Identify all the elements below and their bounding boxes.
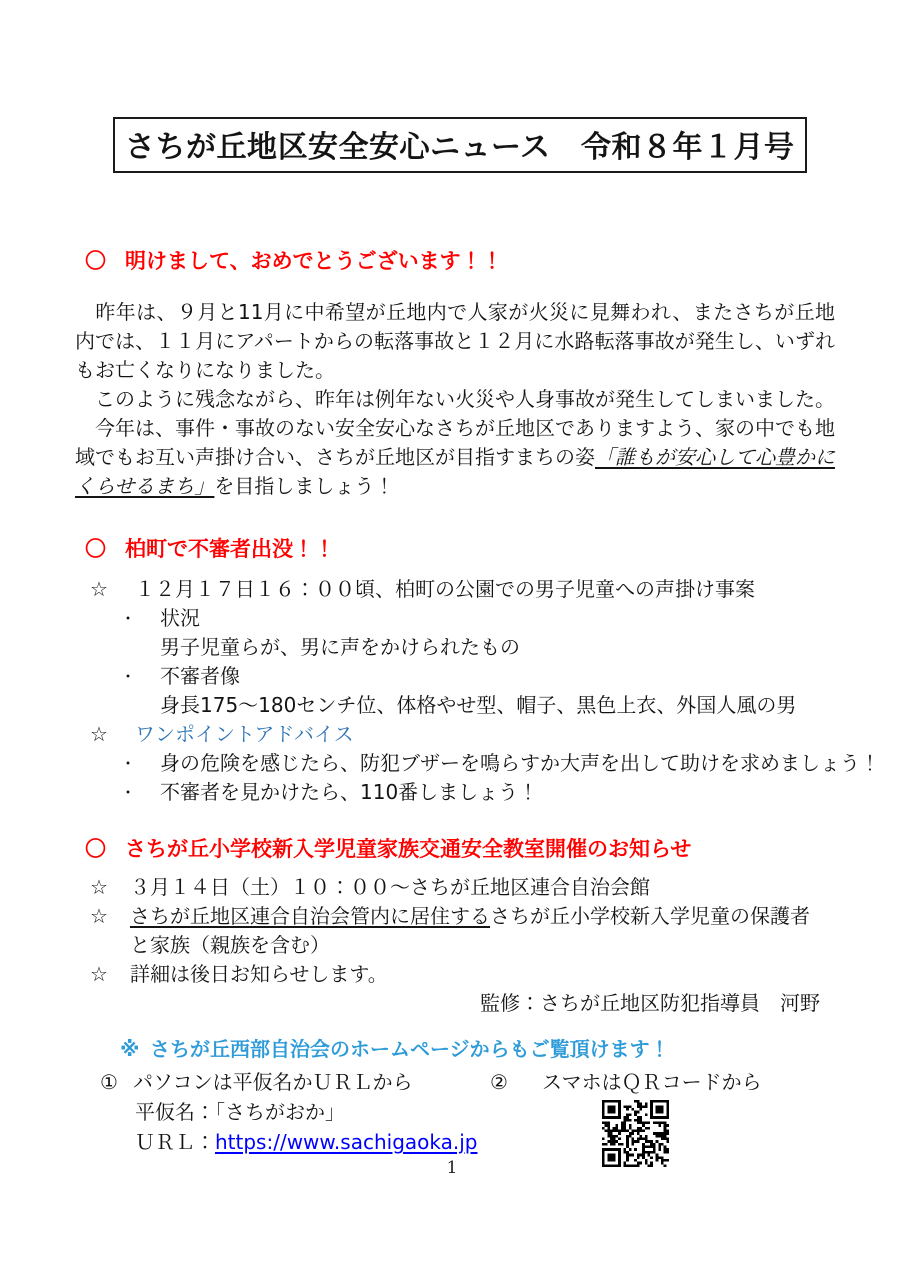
- greeting-paragraph-3: 今年は、事件・事故のない安全安心なさちが丘地区でありますよう、家の中でも地域でも…: [75, 414, 835, 501]
- schedule-text: ３月１４日（土）１０：００～さちが丘地区連合自治会館: [130, 873, 815, 902]
- advice-label: ワンポイントアドバイス: [135, 720, 354, 749]
- greeting-paragraph-3-after: を目指しましょう！: [214, 474, 394, 498]
- qr-code-icon: [602, 1100, 669, 1167]
- safety-class-heading: 〇 さちが丘小学校新入学児童家族交通安全教室開催のお知らせ: [0, 835, 904, 864]
- supervisor-credit: 監修：さちが丘地区防犯指導員 河野: [0, 989, 904, 1018]
- bullet-icon: ・: [120, 662, 160, 691]
- homepage-note: ※ さちが丘西部自治会のホームページからもご覧頂けます！: [0, 1035, 904, 1064]
- star-icon: ☆: [90, 902, 130, 960]
- incident-text: １２月１７日１６：００頃、柏町の公園での男子児童への声掛け事案: [135, 575, 755, 604]
- section-circle-marker: 〇: [85, 835, 125, 864]
- newsletter-title: さちが丘地区安全安心ニュース 令和８年１月号: [113, 117, 807, 173]
- homepage-url-link[interactable]: https://www.sachigaoka.jp: [215, 1127, 477, 1157]
- bullet-icon: ・: [120, 778, 160, 807]
- section-circle-marker: 〇: [85, 247, 125, 276]
- url-item: ＵＲＬ： https://www.sachigaoka.jp: [0, 1127, 904, 1157]
- reference-mark-icon: ※: [120, 1035, 150, 1064]
- star-icon: ☆: [90, 873, 130, 902]
- suspicious-list: ☆ １２月１７日１６：００頃、柏町の公園での男子児童への声掛け事案 ・ 状況 男…: [0, 575, 904, 807]
- profile-detail: 身長175～180センチ位、体格やせ型、帽子、黒色上衣、外国人風の男: [0, 691, 904, 720]
- advice-2: ・ 不審者を見かけたら、110番しましょう！: [0, 778, 904, 807]
- situation-detail: 男子児童らが、男に声をかけられたもの: [0, 633, 904, 662]
- circled-two-marker: ②: [490, 1067, 542, 1097]
- pc-access-text: パソコンは平仮名かＵＲＬから: [133, 1067, 413, 1097]
- advice-item: ☆ ワンポイントアドバイス: [0, 720, 904, 749]
- page-number: 1: [0, 1158, 904, 1178]
- suspicious-heading: 〇 柏町で不審者出没！！: [0, 535, 904, 564]
- schedule-item: ☆ ３月１４日（土）１０：００～さちが丘地区連合自治会館: [0, 873, 904, 902]
- phone-access-text: スマホはＱＲコードから: [542, 1067, 762, 1097]
- details-text: 詳細は後日お知らせします。: [130, 960, 815, 989]
- bullet-icon: ・: [120, 749, 160, 778]
- greeting-paragraph-2: このように残念ながら、昨年は例年ない火災や人身事故が発生してしまいました。: [75, 385, 835, 414]
- star-icon: ☆: [90, 960, 130, 989]
- phone-access-item: ② スマホはＱＲコードから: [490, 1067, 762, 1097]
- situation-label: 状況: [160, 604, 200, 633]
- safety-class-list: ☆ ３月１４日（土）１０：００～さちが丘地区連合自治会館 ☆ さちが丘地区連合自…: [0, 873, 904, 989]
- circled-one-marker: ①: [100, 1067, 133, 1097]
- hiragana-item: 平仮名：「さちがおか」: [0, 1097, 904, 1127]
- situation-item: ・ 状況: [0, 604, 904, 633]
- homepage-section: ※ さちが丘西部自治会のホームページからもご覧頂けます！ ① パソコンは平仮名か…: [0, 1035, 904, 1157]
- profile-label: 不審者像: [160, 662, 240, 691]
- greeting-heading-text: 明けまして、おめでとうございます！！: [125, 247, 503, 276]
- url-label: ＵＲＬ：: [135, 1127, 215, 1157]
- profile-item: ・ 不審者像: [0, 662, 904, 691]
- pc-access-item: ① パソコンは平仮名かＵＲＬから: [0, 1067, 904, 1097]
- details-item: ☆ 詳細は後日お知らせします。: [0, 960, 904, 989]
- bullet-icon: ・: [120, 604, 160, 633]
- phone-access-block: ② スマホはＱＲコードから: [490, 1067, 762, 1167]
- star-icon: ☆: [90, 575, 135, 604]
- incident-item: ☆ １２月１７日１６：００頃、柏町の公園での男子児童への声掛け事案: [0, 575, 904, 604]
- target-underlined: さちが丘地区連合自治会管内に居住する: [130, 904, 490, 928]
- section-circle-marker: 〇: [85, 535, 125, 564]
- greeting-body: 昨年は、９月と11月に中希望が丘地内で人家が火災に見舞われ、またさちが丘地内では…: [75, 298, 835, 501]
- target-text: さちが丘地区連合自治会管内に居住するさちが丘小学校新入学児童の保護者と家族（親族…: [130, 902, 815, 960]
- homepage-note-text: さちが丘西部自治会のホームページからもご覧頂けます！: [150, 1035, 670, 1064]
- safety-class-heading-text: さちが丘小学校新入学児童家族交通安全教室開催のお知らせ: [125, 835, 691, 864]
- star-icon: ☆: [90, 720, 135, 749]
- target-item: ☆ さちが丘地区連合自治会管内に居住するさちが丘小学校新入学児童の保護者と家族（…: [0, 902, 904, 960]
- advice-1: ・ 身の危険を感じたら、防犯ブザーを鳴らすか大声を出して助けを求めましょう！: [0, 749, 904, 778]
- newsletter-page: さちが丘地区安全安心ニュース 令和８年１月号 〇 明けまして、おめでとうございま…: [0, 0, 904, 1280]
- greeting-paragraph-1: 昨年は、９月と11月に中希望が丘地内で人家が火災に見舞われ、またさちが丘地内では…: [75, 298, 835, 385]
- suspicious-heading-text: 柏町で不審者出没！！: [125, 535, 335, 564]
- greeting-heading: 〇 明けまして、おめでとうございます！！: [0, 247, 904, 276]
